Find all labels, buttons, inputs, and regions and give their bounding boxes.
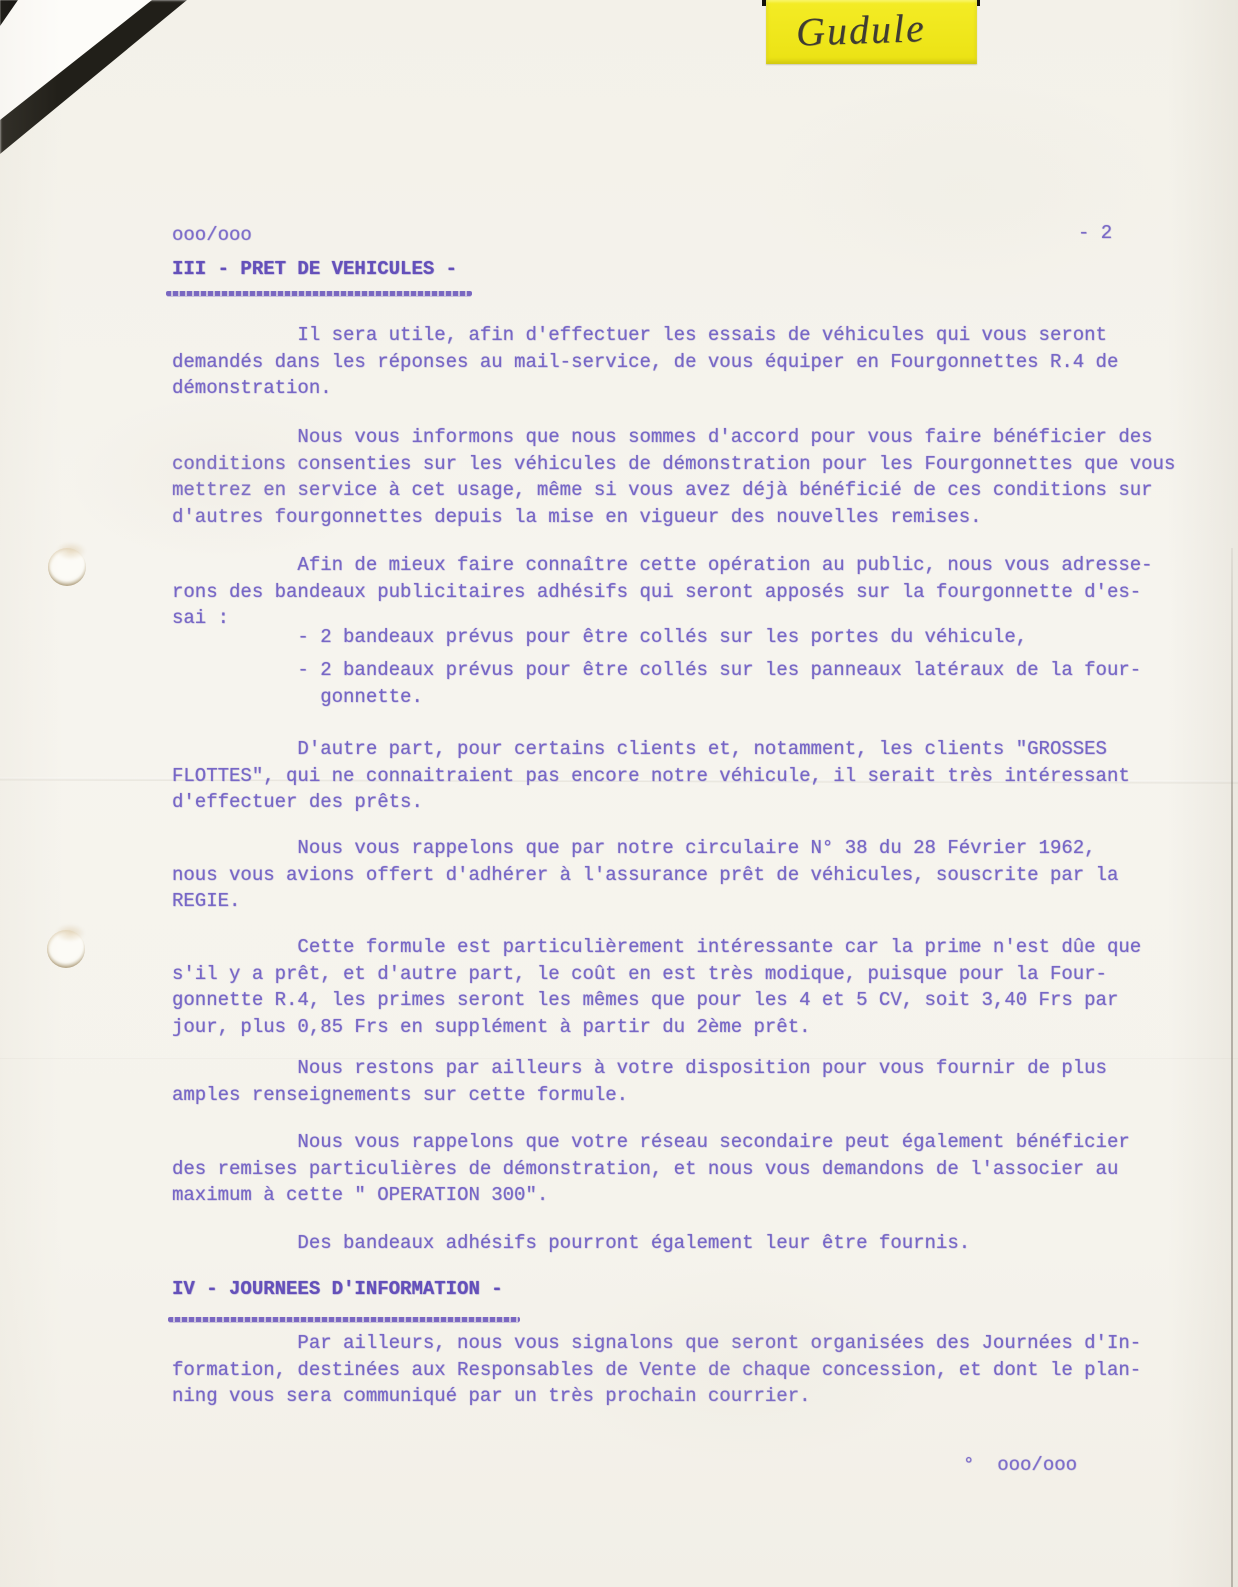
paragraph-bandeaux-publicitaires: Afin de mieux faire connaître cette opér…	[172, 552, 1153, 632]
scan-shading	[1168, 0, 1238, 1587]
bullet-bandeaux-panneaux: - 2 bandeaux prévus pour être collés sur…	[172, 657, 1141, 710]
paragraph-bandeaux-fournis: Des bandeaux adhésifs pourront également…	[172, 1230, 970, 1257]
scanned-letter-page: Gudule ooo/ooo - 2 III - PRET DE VEHICUL…	[0, 0, 1238, 1587]
continuation-mark-bottom: ° ooo/ooo	[963, 1452, 1077, 1479]
handwritten-name: Gudule	[765, 0, 978, 64]
paragraph-conditions-demonstration: Nous vous informons que nous sommes d'ac…	[172, 424, 1175, 530]
paragraph-grosses-flottes: D'autre part, pour certains clients et, …	[172, 736, 1130, 816]
paragraph-journees-information: Par ailleurs, nous vous signalons que se…	[172, 1330, 1141, 1410]
page-edge-line	[1231, 548, 1233, 1587]
paragraph-reseau-secondaire: Nous vous rappelons que votre réseau sec…	[172, 1129, 1130, 1209]
continuation-mark-top: ooo/ooo	[172, 222, 252, 249]
heading-underline	[168, 1317, 520, 1322]
punch-hole-top	[48, 548, 86, 586]
page-number: - 2	[1078, 220, 1112, 247]
punch-hole-bottom	[47, 930, 85, 968]
paragraph-primes: Cette formule est particulièrement intér…	[172, 934, 1141, 1040]
paragraph-essais-vehicules: Il sera utile, afin d'effectuer les essa…	[172, 322, 1118, 402]
heading-underline	[166, 291, 472, 296]
sticky-note: Gudule	[766, 0, 977, 64]
section-heading-journees-information: IV - JOURNEES D'INFORMATION -	[172, 1276, 503, 1303]
bullet-bandeaux-portes: - 2 bandeaux prévus pour être collés sur…	[172, 624, 1027, 651]
paragraph-circulaire-38: Nous vous rappelons que par notre circul…	[172, 835, 1118, 915]
section-heading-pret-de-vehicules: III - PRET DE VEHICULES -	[172, 256, 457, 283]
paragraph-disposition: Nous restons par ailleurs à votre dispos…	[172, 1055, 1107, 1108]
folded-corner	[0, 0, 210, 175]
